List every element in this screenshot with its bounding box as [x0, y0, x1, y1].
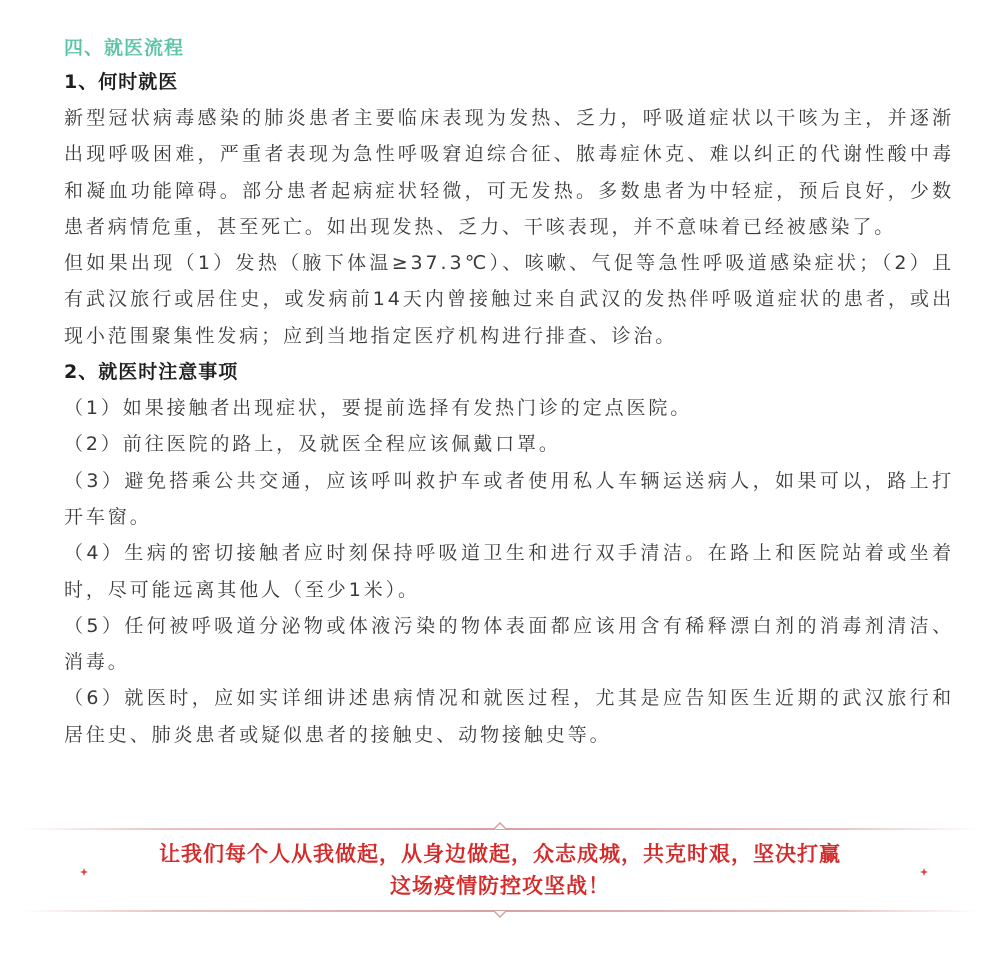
subsection-title-when-to-seek-care: 1、何时就医 — [64, 64, 954, 100]
banner-slogan-line-1: 让我们每个人从我做起，从身边做起，众志成城，共克时艰，坚决打赢 — [80, 838, 920, 870]
slogan-banner: 让我们每个人从我做起，从身边做起，众志成城，共克时艰，坚决打赢 这场疫情防控攻坚… — [20, 828, 980, 912]
article: 四、就医流程 1、何时就医 新型冠状病毒感染的肺炎患者主要临床表现为发热、乏力，… — [64, 32, 954, 753]
banner-top-notch-icon — [494, 822, 506, 830]
list-item: （1）如果接触者出现症状，要提前选择有发热门诊的定点医院。 — [64, 390, 954, 426]
list-item: （6）就医时，应如实详细讲述患病情况和就医过程，尤其是应告知医生近期的武汉旅行和… — [64, 680, 954, 753]
list-item: （3）避免搭乘公共交通，应该呼叫救护车或者使用私人车辆运送病人，如果可以，路上打… — [64, 463, 954, 536]
banner-slogan: 让我们每个人从我做起，从身边做起，众志成城，共克时艰，坚决打赢 这场疫情防控攻坚… — [80, 838, 920, 902]
list-item: （4）生病的密切接触者应时刻保持呼吸道卫生和进行双手清洁。在路上和医院站着或坐着… — [64, 535, 954, 608]
sparkle-right-icon — [920, 868, 928, 876]
section-title: 四、就医流程 — [64, 32, 954, 64]
paragraph-criteria: 但如果出现（1）发热（腋下体温≥37.3℃）、咳嗽、气促等急性呼吸道感染症状；（… — [64, 245, 954, 354]
paragraph-symptoms: 新型冠状病毒感染的肺炎患者主要临床表现为发热、乏力，呼吸道症状以干咳为主，并逐渐… — [64, 100, 954, 245]
list-item: （5）任何被呼吸道分泌物或体液污染的物体表面都应该用含有稀释漂白剂的消毒剂清洁、… — [64, 608, 954, 681]
list-item: （2）前往医院的路上，及就医全程应该佩戴口罩。 — [64, 426, 954, 462]
subsection-title-precautions: 2、就医时注意事项 — [64, 354, 954, 390]
banner-bottom-notch-icon — [494, 910, 506, 918]
banner-slogan-line-2: 这场疫情防控攻坚战！ — [80, 870, 920, 902]
